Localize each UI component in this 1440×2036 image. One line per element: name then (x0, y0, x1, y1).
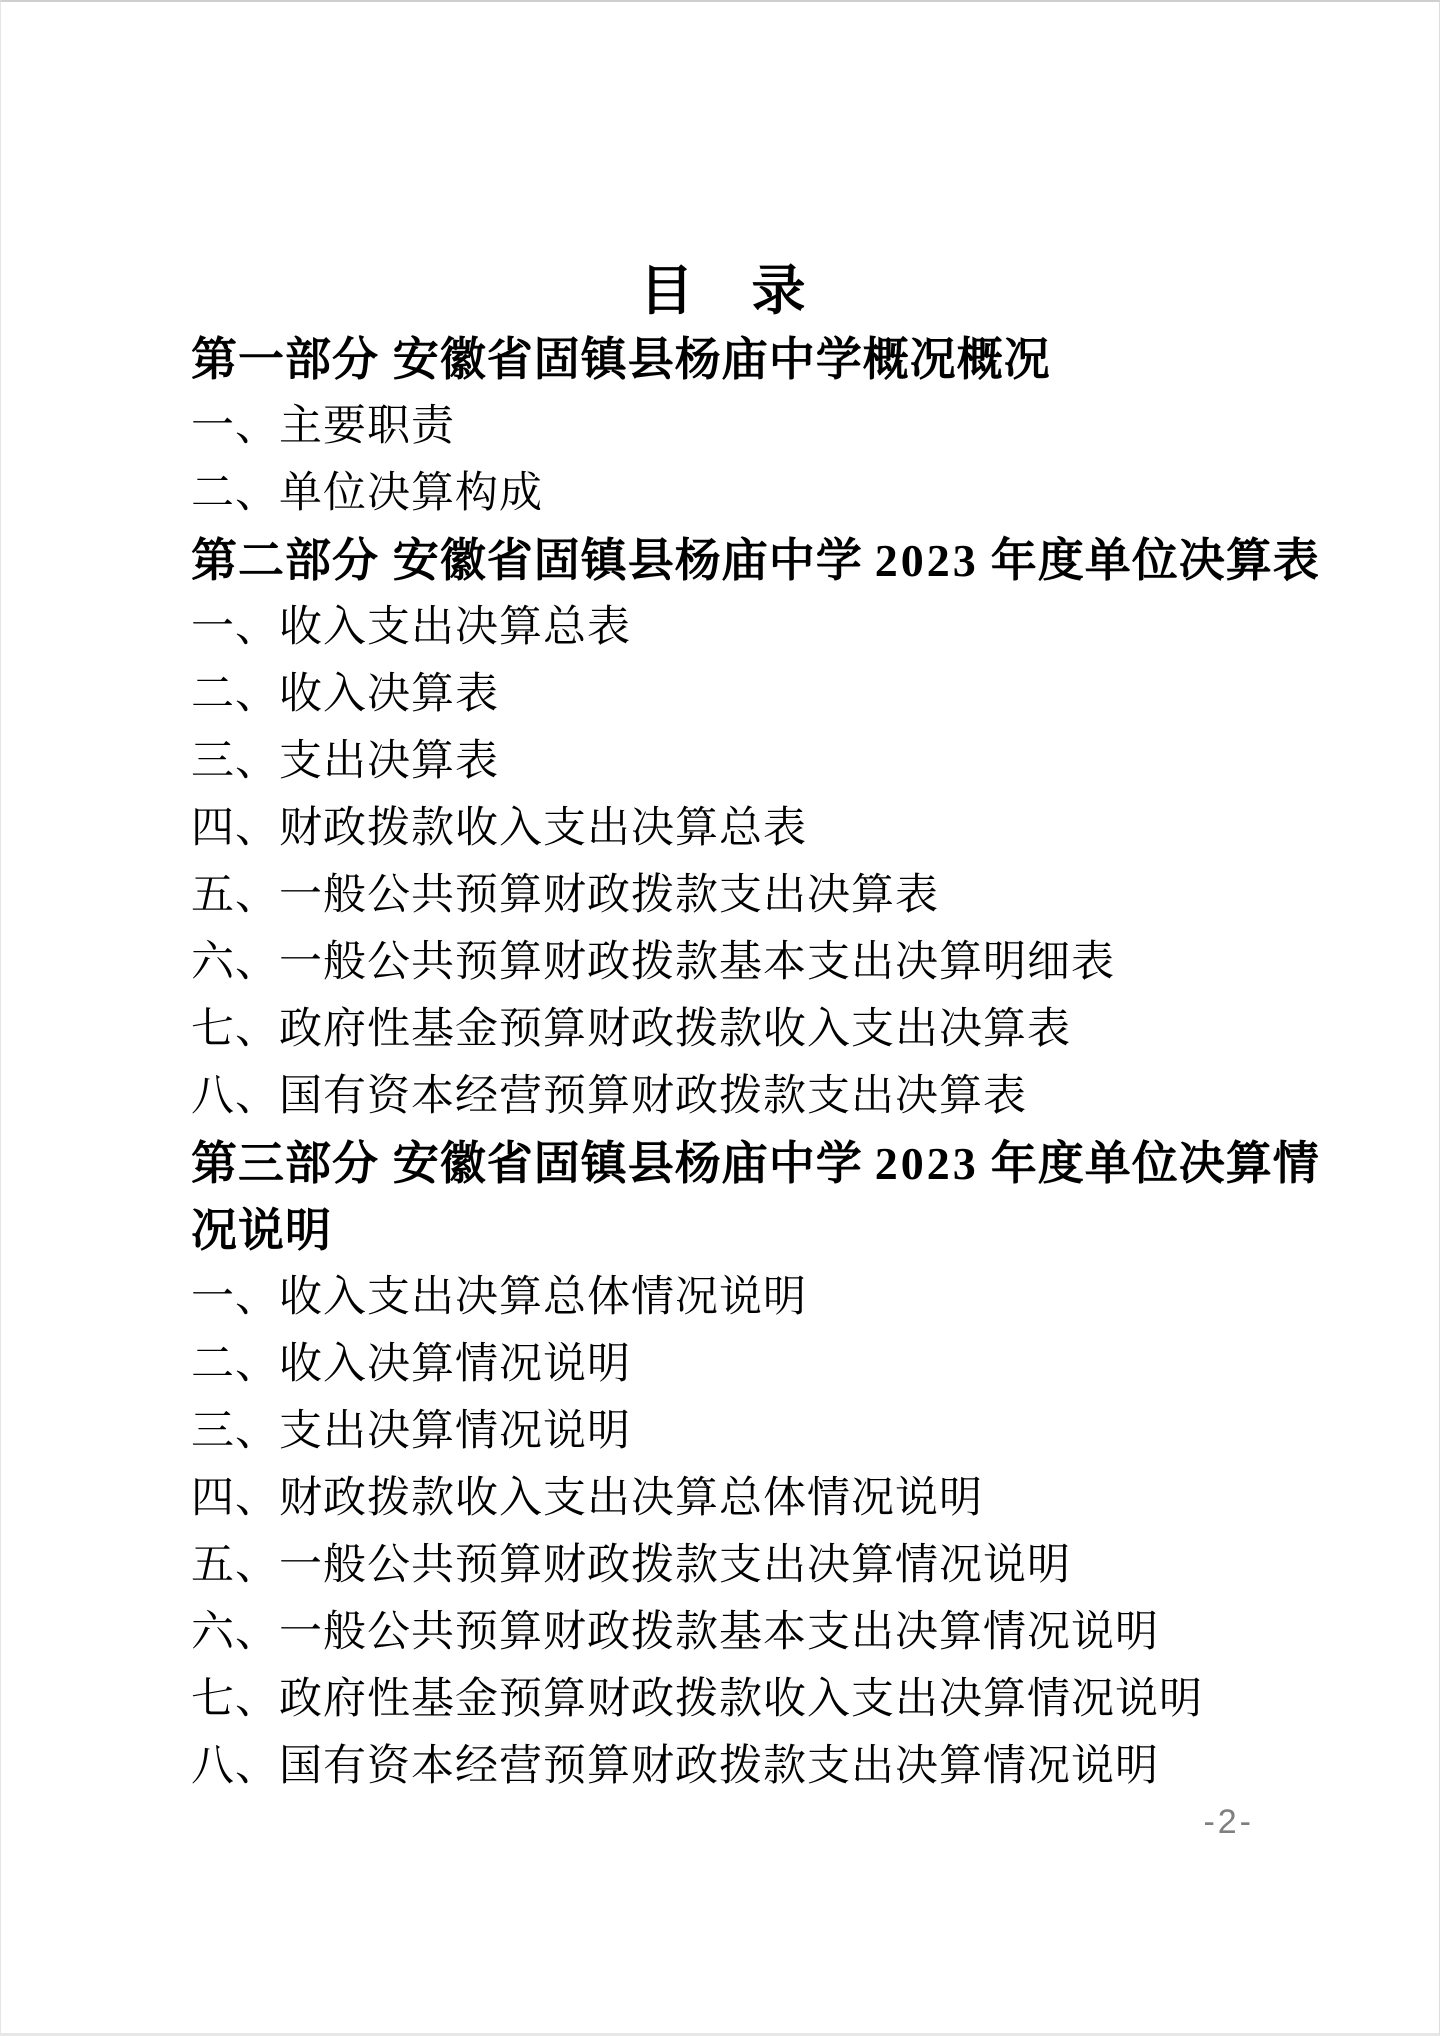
toc-item-part3-1: 一、收入支出决算总体情况说明 (191, 1264, 1294, 1331)
toc-item-part3-7: 七、政府性基金预算财政拨款收入支出决算情况说明 (191, 1666, 1294, 1733)
toc-item-part2-2: 二、收入决算表 (191, 661, 1294, 728)
toc-item-part1-2: 二、单位决算构成 (191, 460, 1294, 527)
toc-item-part2-3: 三、支出决算表 (191, 728, 1294, 795)
toc-part2-heading-post: 年度单位决算表 (991, 534, 1320, 586)
toc-part2-heading-pre: 第二部分 安徽省固镇县杨庙中学 (191, 534, 863, 586)
toc-part3-heading-line2: 况说明 (191, 1197, 1294, 1264)
toc-part3-heading-pre: 第三部分 安徽省固镇县杨庙中学 (191, 1137, 863, 1189)
toc-part3-heading-year: 2023 (875, 1138, 979, 1189)
toc-part2-heading: 第二部分 安徽省固镇县杨庙中学2023年度单位决算表 (191, 527, 1294, 594)
toc-item-part3-8: 八、国有资本经营预算财政拨款支出决算情况说明 (191, 1733, 1294, 1800)
toc-part1-heading: 第一部分 安徽省固镇县杨庙中学概况概况 (191, 326, 1294, 393)
toc-item-part2-5: 五、一般公共预算财政拨款支出决算表 (191, 862, 1294, 929)
toc-item-part3-2: 二、收入决算情况说明 (191, 1331, 1294, 1398)
toc-part3-heading: 第三部分 安徽省固镇县杨庙中学2023年度单位决算情 况说明 (191, 1130, 1294, 1264)
toc-item-part2-1: 一、收入支出决算总表 (191, 594, 1294, 661)
toc-item-part2-8: 八、国有资本经营预算财政拨款支出决算表 (191, 1063, 1294, 1130)
toc-title: 目 录 (191, 256, 1294, 326)
toc-item-part2-4: 四、财政拨款收入支出决算总表 (191, 795, 1294, 862)
toc-part2-heading-line: 第二部分 安徽省固镇县杨庙中学2023年度单位决算表 (191, 534, 1320, 586)
page-number: -2- (1203, 1802, 1254, 1842)
toc-item-part3-5: 五、一般公共预算财政拨款支出决算情况说明 (191, 1532, 1294, 1599)
toc-part3-heading-post-line1: 年度单位决算情 (991, 1137, 1320, 1189)
toc-item-part3-6: 六、一般公共预算财政拨款基本支出决算情况说明 (191, 1599, 1294, 1666)
toc-item-part3-4: 四、财政拨款收入支出决算总体情况说明 (191, 1465, 1294, 1532)
toc-part3-heading-line1: 第三部分 安徽省固镇县杨庙中学2023年度单位决算情 (191, 1130, 1294, 1197)
toc-item-part2-7: 七、政府性基金预算财政拨款收入支出决算表 (191, 996, 1294, 1063)
toc-item-part1-1: 一、主要职责 (191, 393, 1294, 460)
toc-part2-heading-year: 2023 (875, 535, 979, 586)
toc-item-part3-3: 三、支出决算情况说明 (191, 1398, 1294, 1465)
document-page: 目 录 第一部分 安徽省固镇县杨庙中学概况概况 一、主要职责 二、单位决算构成 … (0, 0, 1440, 2036)
toc-part1-heading-text: 第一部分 安徽省固镇县杨庙中学概况概况 (191, 333, 1051, 385)
toc-item-part2-6: 六、一般公共预算财政拨款基本支出决算明细表 (191, 929, 1294, 996)
